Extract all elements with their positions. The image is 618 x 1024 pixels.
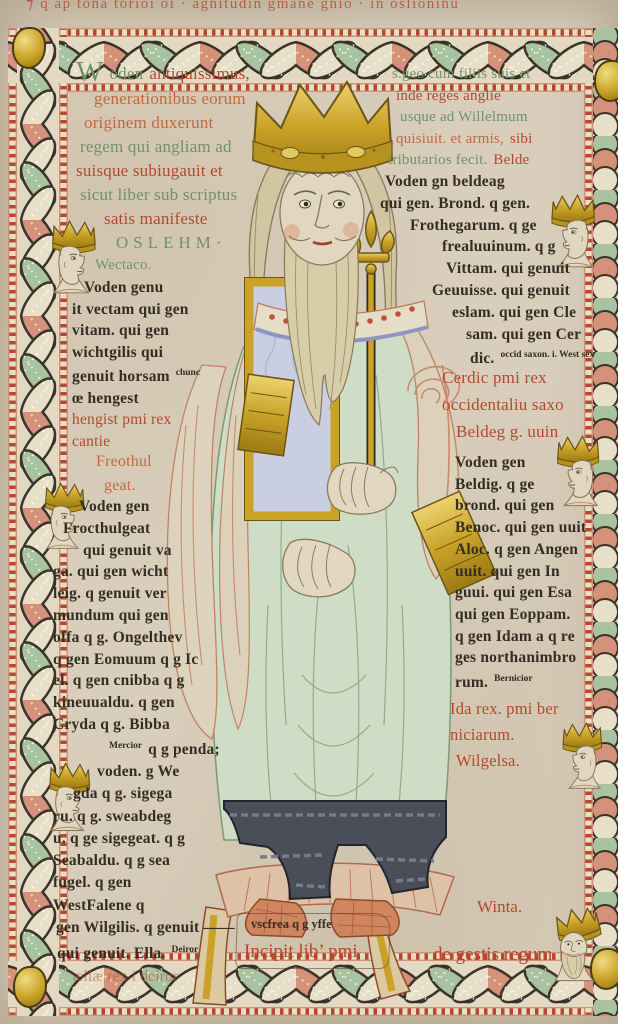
manuscript-text-segment: uuit. qui gen In (455, 563, 560, 580)
manuscript-text-segment: Frothegarum. q ge (410, 217, 537, 234)
cropped-header-text: ⁊ q ap tona torioi oi · agnitudin gmane … (26, 0, 606, 13)
deira-genealogy-text: voden. g Wegda q g. sigegaru. q g. sweab… (53, 761, 235, 988)
manuscript-text-segment: vitam. qui gen (72, 322, 169, 339)
manuscript-text-segment: qui gen Eoppam. (455, 606, 570, 623)
manuscript-text-segment: regem qui angliam ad (80, 137, 232, 156)
manuscript-text-segment: niciarum. (450, 725, 515, 744)
manuscript-text-segment: sam. qui gen Cer (466, 326, 581, 343)
bernicia-rubric: Ida rex. pmi berniciarum.Wilgelsa. (450, 696, 559, 774)
manuscript-text-segment: sicut liber sub scriptus (80, 185, 237, 204)
manuscript-text-segment: generationibus eorum (94, 89, 246, 108)
manuscript-text-segment: Cerdic pmi rex (442, 368, 547, 387)
incipit-left-text: Incipit lib’ pmi (244, 941, 358, 962)
border-dotband-left-outer (8, 28, 17, 1016)
manuscript-text-segment: wichtgilis qui (72, 344, 163, 361)
manuscript-text-segment: originem duxerunt (84, 113, 213, 132)
manuscript-text-segment: ællæ rex i deiror (73, 968, 178, 985)
manuscript-text-segment: Belde (493, 152, 529, 168)
manuscript-text-segment: qui genuit va (83, 542, 172, 559)
manuscript-text-segment: qui genuit. Ella. (57, 945, 166, 962)
manuscript-text-segment: occid saxon. i. West sex (500, 350, 594, 360)
manuscript-text-segment: chunc (176, 368, 200, 378)
manuscript-text-segment: Wectaco. (95, 257, 152, 273)
manuscript-text-segment: Beldig. q ge (455, 476, 534, 493)
manuscript-text-segment: Mercior (109, 741, 142, 751)
manuscript-text-segment: u. q ge sigegeat. q g (53, 830, 185, 847)
crown (253, 82, 392, 173)
wessex-genealogy-text: Voden gn beldeagqui gen. Brond. q gen.Fr… (380, 171, 594, 370)
manuscript-text-segment: Voden gen (455, 454, 526, 471)
manuscript-text-segment: eslam. qui gen Cle (452, 304, 576, 321)
uscfrea-label: vscfrea q g yffe (251, 917, 332, 932)
manuscript-text-segment: Beldeg g. uuin (456, 422, 558, 441)
manuscript-text-segment: voden. g We (97, 763, 179, 780)
manuscript-text-segment: inde reges anglie (396, 88, 501, 104)
manuscript-text-segment: fugel. q gen (53, 874, 132, 891)
intro-rubric-left: Wodenantiquissimus,generationibus eorumo… (76, 58, 250, 255)
manuscript-text-segment: sibi (510, 131, 532, 147)
manuscript-text-segment: geat. (104, 477, 136, 494)
manuscript-text-segment: it vectam qui gen (72, 301, 189, 318)
manuscript-text-segment: usque ad Willelmum (400, 109, 528, 125)
manuscript-text-segment: Geuuisse. qui genuit (432, 282, 570, 299)
manuscript-text-segment: kineuualdu. q gen (53, 694, 175, 711)
manuscript-text-segment: tributarios fecit. (388, 152, 487, 168)
manuscript-text-segment: ges northanimbro (455, 649, 576, 666)
manuscript-text-segment: Benoc. qui gen uuit (455, 519, 586, 536)
manuscript-text-segment: q g penda; (148, 741, 220, 758)
manuscript-text-segment: oden (109, 64, 143, 83)
manuscript-text-segment: gda q g. sigega (73, 785, 172, 802)
manuscript-text-segment: Voden gen (79, 498, 150, 515)
manuscript-text-segment: s.geo cum filiis suis et (392, 66, 531, 82)
manuscript-text-segment: frealuuinum. q g (442, 238, 556, 255)
manuscript-text-segment: Seabaldu. q g sea (53, 852, 170, 869)
manuscript-text-segment: satis manifeste (104, 209, 208, 228)
manuscript-text-segment: Frocthulgeat (63, 520, 150, 537)
incipit-right: de gestis regum. (433, 944, 557, 966)
manuscript-text-segment: qui gen. Brond. q gen. (380, 195, 530, 212)
manuscript-text-segment: Wilgelsa. (456, 751, 520, 770)
manuscript-text-segment: W (76, 56, 103, 88)
manuscript-text-segment: Deiror (172, 945, 199, 955)
kent-genealogy-text: Voden genuit vectam qui genvitam. qui ge… (72, 277, 200, 452)
mercia-genealogy-text: Voden genFrocthulgeatqui genuit vaga. qu… (53, 496, 220, 761)
manuscript-text-segment: q gen Eomuum q g Ic (53, 651, 198, 668)
manuscript-text-segment: Ida rex. pmi ber (450, 699, 559, 718)
manuscript-text-segment: OSLEHM· (116, 233, 227, 252)
kent-line-heading: Wectaco. (95, 257, 152, 274)
manuscript-text-segment: leig. q genuit ver (53, 585, 167, 602)
manuscript-text-segment: Voden gn beldeag (385, 173, 505, 190)
border-scale-right (593, 28, 618, 1016)
manuscript-text-segment: WestFalene q (53, 897, 145, 914)
manuscript-text-segment: Bernicior (494, 674, 533, 684)
manuscript-text-segment: ru. q g. sweabdeg (53, 808, 171, 825)
manuscript-text-segment: Vittam. qui genuit (446, 260, 570, 277)
manuscript-text-segment: occidentaliu saxo (442, 395, 564, 414)
manuscript-text-segment: genuit horsam (72, 368, 170, 385)
manuscript-text-segment: guui. qui gen Esa (455, 584, 572, 601)
border-dotband-top-outer (8, 28, 610, 37)
manuscript-text-segment: Voden genu (84, 279, 163, 296)
manuscript-text-segment: Freothul (96, 453, 152, 470)
face (280, 161, 364, 265)
uscfrea-text: vscfrea q g yffe (251, 917, 332, 931)
manuscript-text-segment: quisiuit. et armis, (396, 131, 504, 147)
manuscript-text-segment: el. q gen cnibba q g (53, 672, 184, 689)
manuscript-text-segment: q gen Idam a q re (455, 628, 575, 645)
manuscript-text-segment: cantie (72, 433, 110, 450)
manuscript-text-segment: hengist pmi rex (72, 411, 171, 428)
manuscript-text-segment: mundum qui gen (53, 607, 169, 624)
winta-text: Winta. (477, 897, 522, 916)
manuscript-page: ⁊ q ap tona torioi oi · agnitudin gmane … (0, 0, 618, 1024)
bernicia-genealogy-text: Voden genBeldig. q gebrond. qui genBenoc… (455, 452, 586, 694)
gold-corner-top-right-icon (594, 60, 618, 102)
manuscript-text-segment: rum. (455, 674, 488, 691)
winta-label: Winta. (477, 897, 522, 917)
incipit-left: Incipit lib’ pmi (244, 941, 358, 963)
mercia-line-heading: Freothulgeat. (96, 450, 152, 498)
manuscript-text-segment: offa q g. Ongelthev (53, 629, 183, 646)
manuscript-text-segment: Cryda q g. Bibba (53, 716, 170, 733)
wessex-rubric: Cerdic pmi rexoccidentaliu saxoBeldeg g.… (442, 364, 564, 445)
intro-rubric-right: s.geo cum filiis suis etinde reges angli… (388, 64, 532, 172)
manuscript-text-segment: gen Wilgilis. q genuit ―― (56, 919, 235, 936)
manuscript-text-segment: brond. qui gen (455, 497, 554, 514)
manuscript-text-segment: ga. qui gen wicht (53, 563, 168, 580)
manuscript-text-segment: Aloc. q gen Angen (455, 541, 578, 558)
incipit-right-text: de gestis regum. (433, 944, 557, 965)
manuscript-text-segment: antiquissimus, (149, 64, 250, 83)
manuscript-text-segment: œ hengest (72, 390, 139, 407)
crowned-bust-right-lower (555, 712, 613, 798)
manuscript-text-segment: suisque subiugauit et (76, 161, 223, 180)
